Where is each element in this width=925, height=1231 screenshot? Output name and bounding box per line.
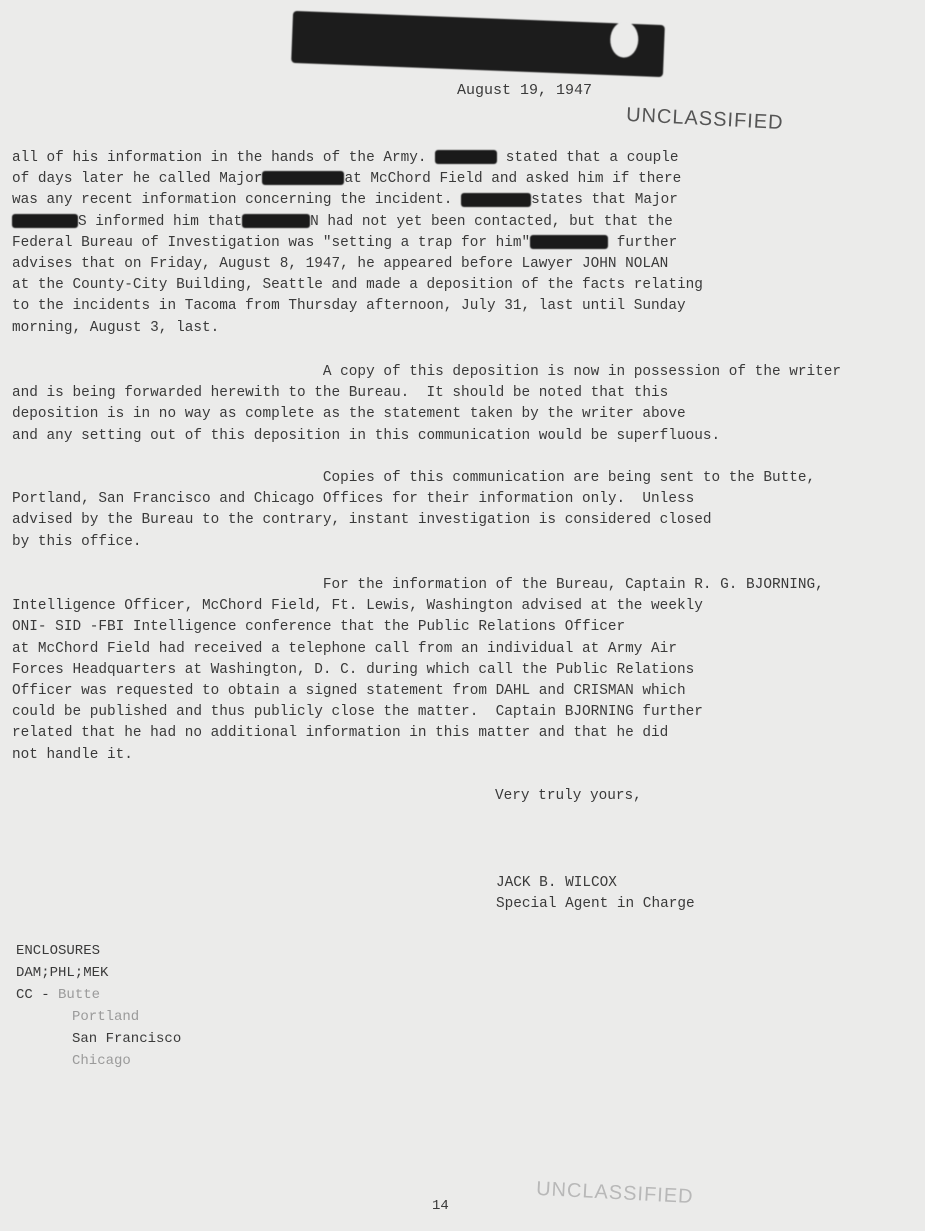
paragraph-3: Copies of this communication are being s… — [12, 468, 917, 553]
text-line: by this office. — [12, 532, 917, 553]
text-line: S informed him thatN had not yet been co… — [12, 212, 917, 233]
text-line: at McChord Field had received a telephon… — [12, 639, 917, 660]
text-line: all of his information in the hands of t… — [12, 148, 917, 169]
redaction-bar — [530, 235, 608, 249]
cc-recipient: San Francisco — [16, 1028, 181, 1050]
redaction-bar — [242, 214, 310, 228]
text-line: For the information of the Bureau, Capta… — [12, 575, 917, 596]
redaction-bar — [435, 150, 497, 164]
text-line: Forces Headquarters at Washington, D. C.… — [12, 660, 917, 681]
redaction-bar — [12, 214, 78, 228]
text-line: related that he had no additional inform… — [12, 723, 917, 744]
text-line: advises that on Friday, August 8, 1947, … — [12, 254, 917, 275]
closing-salutation: Very truly yours, — [495, 788, 642, 804]
text-line: could be published and thus publicly clo… — [12, 702, 917, 723]
text-line: morning, August 3, last. — [12, 318, 917, 339]
text-line: ONI- SID -FBI Intelligence conference th… — [12, 617, 917, 638]
redaction-bar — [262, 171, 344, 185]
classification-stamp-top: UNCLASSIFIED — [626, 104, 785, 135]
classification-stamp-bottom: UNCLASSIFIED — [536, 1178, 695, 1209]
page-number: 14 — [432, 1198, 449, 1214]
text-line: advised by the Bureau to the contrary, i… — [12, 510, 917, 531]
cc-recipient: Portland — [16, 1006, 181, 1028]
typist-initials: DAM;PHL;MEK — [16, 962, 181, 984]
redaction-bar — [461, 193, 531, 207]
signature-block: JACK B. WILCOX Special Agent in Charge — [496, 873, 695, 915]
text-line: and is being forwarded herewith to the B… — [12, 383, 917, 404]
text-line: deposition is in no way as complete as t… — [12, 404, 917, 425]
text-line: was any recent information concerning th… — [12, 190, 917, 211]
cc-label: CC - — [16, 987, 58, 1003]
paragraph-1: all of his information in the hands of t… — [12, 148, 917, 339]
text-line: at the County-City Building, Seattle and… — [12, 275, 917, 296]
enclosures-label: ENCLOSURES — [16, 940, 181, 962]
text-line: not handle it. — [12, 745, 917, 766]
paragraph-4: For the information of the Bureau, Capta… — [12, 575, 917, 766]
enclosures-block: ENCLOSURES DAM;PHL;MEK CC - Butte Portla… — [16, 940, 181, 1072]
signatory-title: Special Agent in Charge — [496, 894, 695, 915]
text-line: A copy of this deposition is now in poss… — [12, 362, 917, 383]
text-line: to the incidents in Tacoma from Thursday… — [12, 296, 917, 317]
text-line: of days later he called Majorat McChord … — [12, 169, 917, 190]
document-page: August 19, 1947 UNCLASSIFIED all of his … — [0, 0, 925, 1231]
text-line: Federal Bureau of Investigation was "set… — [12, 233, 917, 254]
text-line: Portland, San Francisco and Chicago Offi… — [12, 489, 917, 510]
text-line: Officer was requested to obtain a signed… — [12, 681, 917, 702]
cc-line: CC - Butte — [16, 984, 181, 1006]
text-line: Copies of this communication are being s… — [12, 468, 917, 489]
cc-recipient: Butte — [58, 987, 100, 1003]
text-line: and any setting out of this deposition i… — [12, 426, 917, 447]
paragraph-2: A copy of this deposition is now in poss… — [12, 362, 917, 447]
redacted-heading — [291, 11, 665, 77]
text-line: Intelligence Officer, McChord Field, Ft.… — [12, 596, 917, 617]
cc-recipient: Chicago — [16, 1050, 181, 1072]
letter-date: August 19, 1947 — [457, 82, 592, 99]
signatory-name: JACK B. WILCOX — [496, 873, 695, 894]
